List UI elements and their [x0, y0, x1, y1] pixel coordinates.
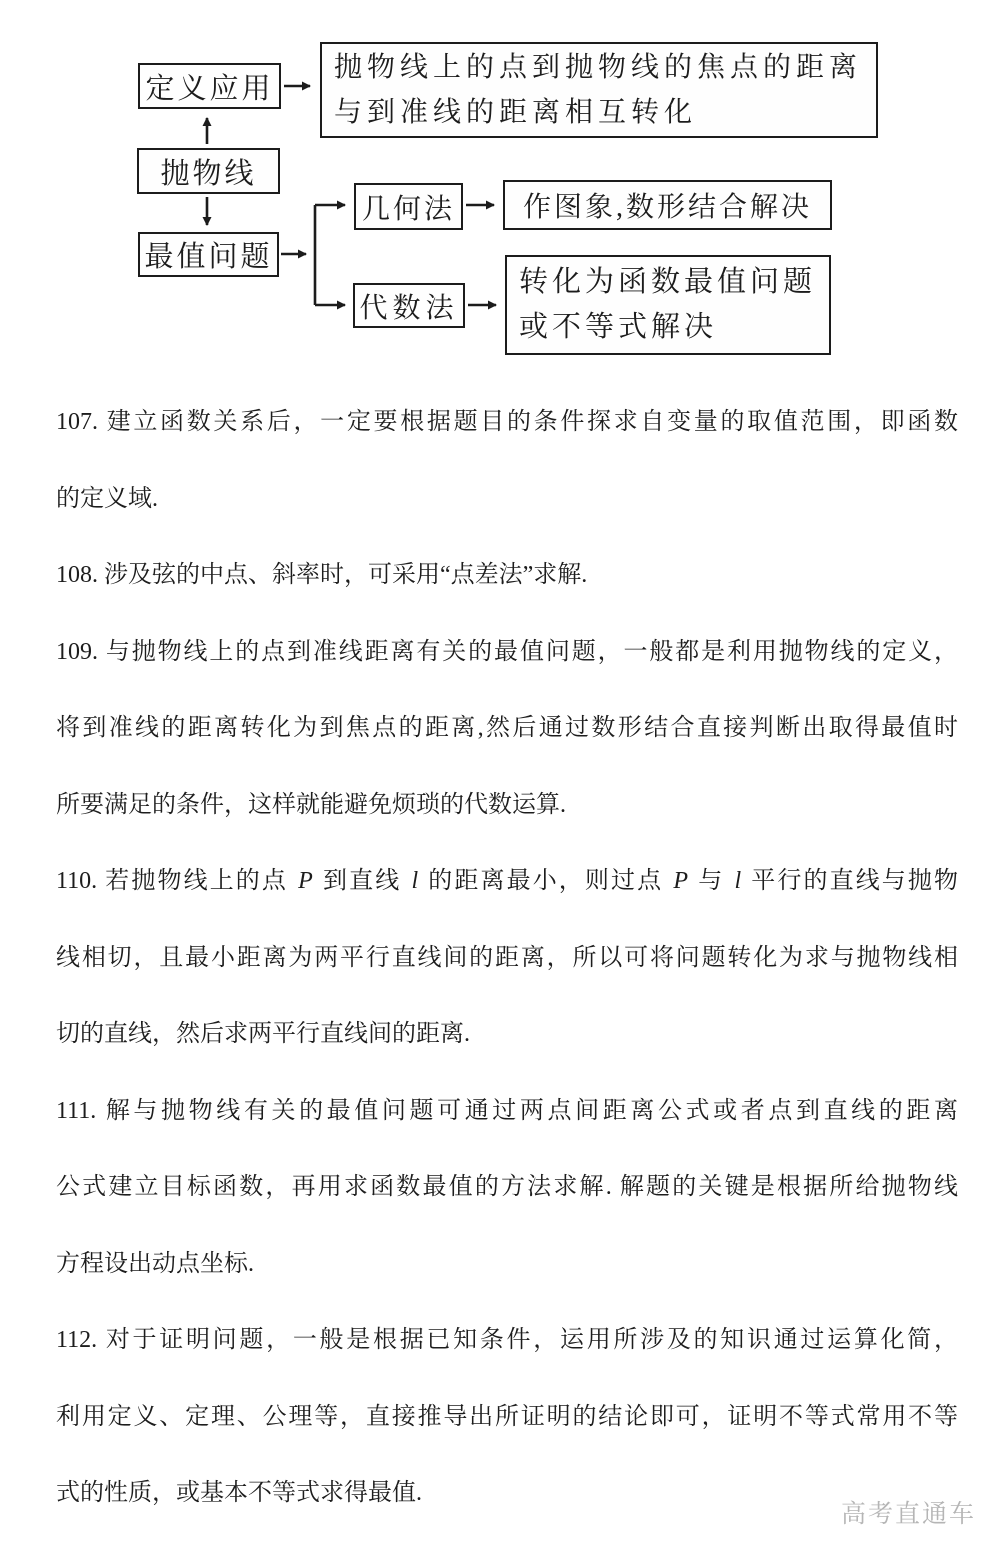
note-line: 公式建立目标函数，再用求函数最值的方法求解. 解题的关键是根据所给抛物线: [56, 1149, 958, 1226]
note-paragraph: 109. 与抛物线上的点到准线距离有关的最值问题，一般都是利用抛物线的定义，将到…: [56, 614, 958, 844]
node-parabola: 抛物线: [137, 148, 280, 194]
note-line: 108. 涉及弦的中点、斜率时，可采用“点差法”求解.: [56, 537, 958, 614]
node-label-line2: 与到准线的距离相互转化: [334, 90, 697, 135]
node-label: 抛物线: [160, 151, 256, 192]
watermark: 高考直通车: [841, 1494, 976, 1530]
note-line: 111. 解与抛物线有关的最值问题可通过两点间距离公式或者点到直线的距离: [56, 1073, 958, 1150]
page: 定义应用 抛物线上的点到抛物线的焦点的距离 与到准线的距离相互转化 抛物线 最值…: [0, 0, 995, 1549]
note-line: 线相切，且最小距离为两平行直线间的距离，所以可将问题转化为求与抛物线相: [56, 920, 958, 997]
note-line: 110. 若抛物线上的点 P 到直线 l 的距离最小，则过点 P 与 l 平行的…: [56, 843, 958, 920]
node-label: 代数法: [359, 286, 458, 326]
node-label-line1: 转化为函数最值问题: [519, 260, 816, 305]
math-variable: l: [732, 868, 743, 894]
node-label-line2: 或不等式解决: [519, 305, 717, 350]
node-algebraic-result: 转化为函数最值问题 或不等式解决: [505, 255, 831, 355]
note-line: 利用定义、定理、公理等，直接推导出所证明的结论即可，证明不等式常用不等: [56, 1379, 958, 1456]
note-paragraph: 107. 建立函数关系后，一定要根据题目的条件探求自变量的取值范围，即函数的定义…: [56, 384, 958, 537]
note-line: 切的直线，然后求两平行直线间的距离.: [56, 996, 958, 1073]
node-label: 作图象,数形结合解决: [523, 185, 812, 225]
node-label: 定义应用: [145, 66, 273, 107]
note-line: 方程设出动点坐标.: [56, 1226, 958, 1303]
node-label: 最值问题: [144, 234, 272, 275]
note-line: 将到准线的距离转化为到焦点的距离,然后通过数形结合直接判断出取得最值时: [56, 690, 958, 767]
math-variable: P: [296, 868, 315, 894]
node-label: 几何法: [362, 187, 455, 227]
note-line: 107. 建立函数关系后，一定要根据题目的条件探求自变量的取值范围，即函数: [56, 384, 958, 461]
node-label-line1: 抛物线上的点到抛物线的焦点的距离: [334, 45, 862, 90]
math-variable: P: [671, 868, 690, 894]
note-paragraph: 110. 若抛物线上的点 P 到直线 l 的距离最小，则过点 P 与 l 平行的…: [56, 843, 958, 1073]
note-paragraph: 112. 对于证明问题，一般是根据已知条件，运用所涉及的知识通过运算化简，利用定…: [56, 1302, 958, 1532]
note-line: 112. 对于证明问题，一般是根据已知条件，运用所涉及的知识通过运算化简，: [56, 1302, 958, 1379]
note-line: 的定义域.: [56, 461, 958, 538]
notes-list: 107. 建立函数关系后，一定要根据题目的条件探求自变量的取值范围，即函数的定义…: [56, 384, 958, 1532]
node-definition-application: 定义应用: [138, 63, 281, 109]
node-extremum-problem: 最值问题: [138, 232, 279, 277]
flowchart-diagram: 定义应用 抛物线上的点到抛物线的焦点的距离 与到准线的距离相互转化 抛物线 最值…: [0, 0, 995, 375]
node-algebraic-method: 代数法: [353, 283, 465, 328]
note-paragraph: 108. 涉及弦的中点、斜率时，可采用“点差法”求解.: [56, 537, 958, 614]
note-line: 式的性质，或基本不等式求得最值.: [56, 1455, 958, 1532]
note-line: 109. 与抛物线上的点到准线距离有关的最值问题，一般都是利用抛物线的定义，: [56, 614, 958, 691]
node-geometric-result: 作图象,数形结合解决: [503, 180, 832, 230]
node-geometric-method: 几何法: [354, 183, 463, 230]
note-line: 所要满足的条件，这样就能避免烦琐的代数运算.: [56, 767, 958, 844]
node-definition-result: 抛物线上的点到抛物线的焦点的距离 与到准线的距离相互转化: [320, 42, 878, 138]
note-paragraph: 111. 解与抛物线有关的最值问题可通过两点间距离公式或者点到直线的距离公式建立…: [56, 1073, 958, 1303]
math-variable: l: [409, 868, 420, 894]
